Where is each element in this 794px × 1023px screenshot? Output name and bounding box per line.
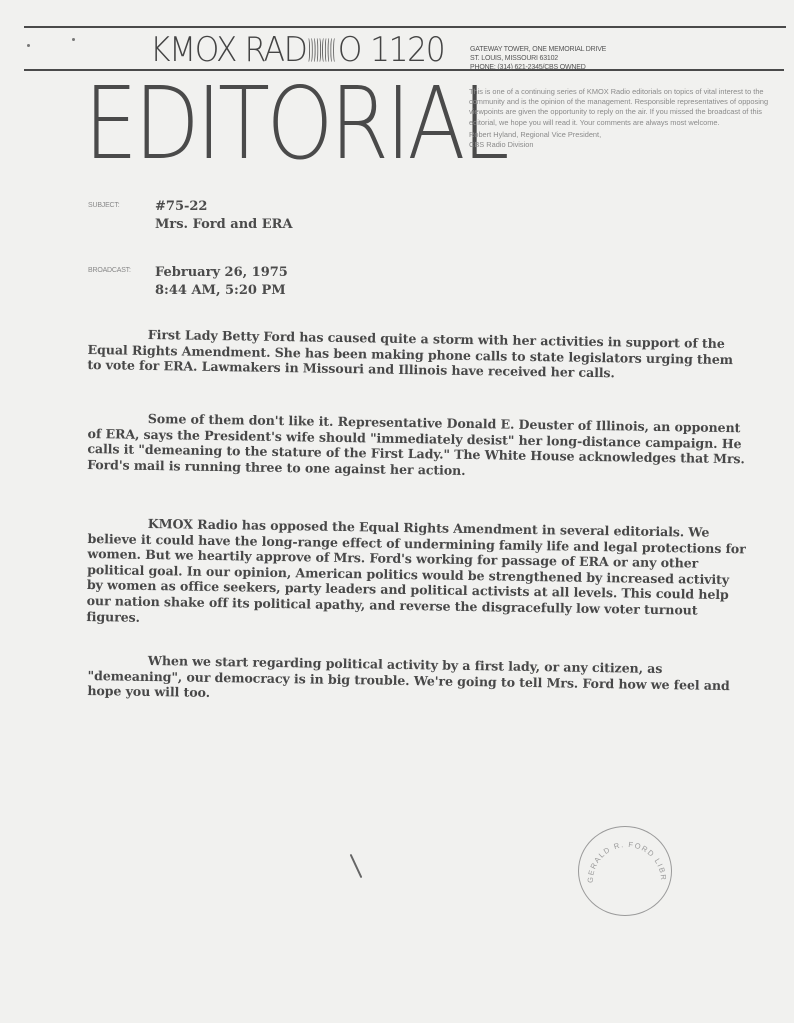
address-line: GATEWAY TOWER, ONE MEMORIAL DRIVE <box>470 45 606 54</box>
subject-number: #75-22 <box>155 198 207 215</box>
paper-speck <box>72 38 75 41</box>
paragraph-text: First Lady Betty Ford has caused quite a… <box>87 326 748 383</box>
svg-text:GERALD R. FORD LIBRARY: GERALD R. FORD LIBRARY <box>579 827 668 883</box>
broadcast-date: February 26, 1975 <box>155 264 288 281</box>
station-name-end: O <box>338 30 361 70</box>
paragraph-text: When we start regarding political activi… <box>87 652 748 709</box>
subject-label: SUBJECT: <box>88 202 119 209</box>
disclaimer-text: This is one of a continuing series of KM… <box>469 87 789 128</box>
stamp-text: GERALD R. FORD LIBRARY <box>579 827 668 883</box>
signature-line: CBS Radio Division <box>469 140 789 150</box>
pencil-mark <box>350 854 363 878</box>
broadcast-label: BROADCAST: <box>88 267 131 274</box>
editorial-paragraph: KMOX Radio has opposed the Equal Rights … <box>86 515 748 635</box>
paragraph-text: Some of them don't like it. Representati… <box>87 410 748 483</box>
address-line: ST. LOUIS, MISSOURI 63102 <box>470 54 606 63</box>
letterhead-top-rule <box>24 26 786 28</box>
paper-speck <box>27 44 30 47</box>
paragraph-text: KMOX Radio has opposed the Equal Rights … <box>86 515 748 635</box>
library-stamp: GERALD R. FORD LIBRARY <box>578 826 672 916</box>
editorial-paragraph: Some of them don't like it. Representati… <box>87 410 748 483</box>
radio-waves-icon <box>323 37 337 63</box>
subject-title: Mrs. Ford and ERA <box>155 216 293 233</box>
radio-waves-icon <box>307 37 321 63</box>
editorial-paragraph: When we start regarding political activi… <box>87 652 748 709</box>
editorial-paragraph: First Lady Betty Ford has caused quite a… <box>87 326 748 383</box>
station-frequency: 1120 <box>370 30 444 70</box>
station-logo: KMOX RAD O 1120 <box>150 30 444 70</box>
editorial-heading: EDITORIAL <box>84 74 506 174</box>
stamp-seal-icon: GERALD R. FORD LIBRARY <box>579 827 671 915</box>
editorial-disclaimer: This is one of a continuing series of KM… <box>469 87 789 150</box>
broadcast-times: 8:44 AM, 5:20 PM <box>155 282 286 299</box>
station-name: KMOX RAD <box>150 30 306 70</box>
signature-line: Robert Hyland, Regional Vice President, <box>469 130 789 140</box>
